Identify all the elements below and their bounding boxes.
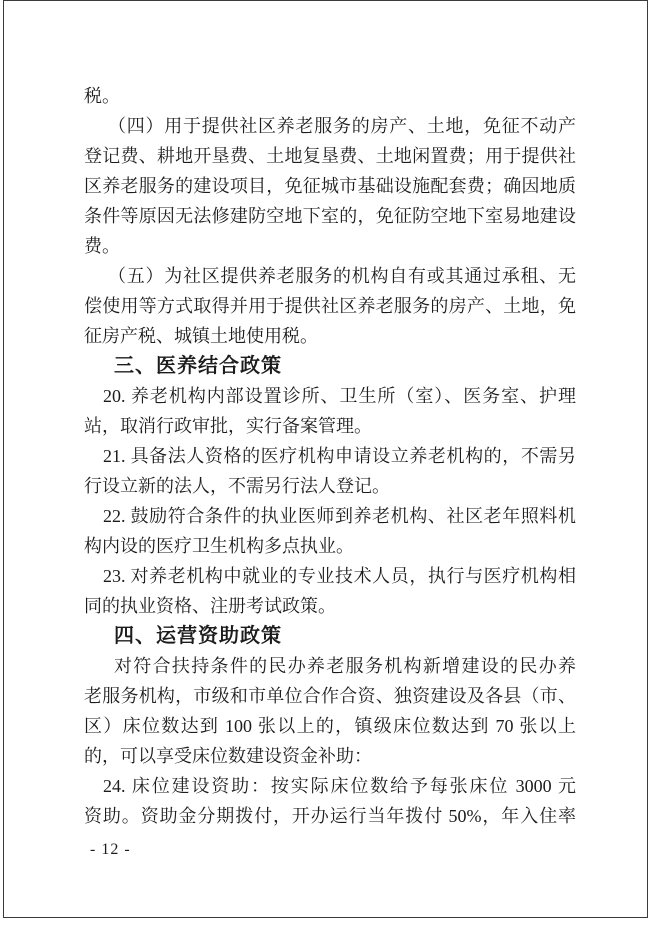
text-line: 费。 bbox=[84, 231, 576, 261]
text-line: （五）为社区提供养老服务的机构自有或其通过承租、无 bbox=[84, 261, 576, 291]
paragraph: 22. 鼓励符合条件的执业医师到养老机构、社区老年照料机构内设的医疗卫生机构多点… bbox=[84, 501, 576, 561]
text-line: 21. 具备法人资格的医疗机构申请设立养老机构的，不需另 bbox=[84, 441, 576, 471]
paragraph: 21. 具备法人资格的医疗机构申请设立养老机构的，不需另行设立新的法人，不需另行… bbox=[84, 441, 576, 501]
text-line: 对符合扶持条件的民办养老服务机构新增建设的民办养 bbox=[84, 651, 576, 681]
text-line: 条件等原因无法修建防空地下室的，免征防空地下室易地建设 bbox=[84, 201, 576, 231]
paragraph: （五）为社区提供养老服务的机构自有或其通过承租、无偿使用等方式取得并用于提供社区… bbox=[84, 261, 576, 351]
text-line: （四）用于提供社区养老服务的房产、土地，免征不动产 bbox=[84, 111, 576, 141]
text-line: 的，可以享受床位数建设资金补助： bbox=[84, 741, 576, 771]
text-line: 行设立新的法人，不需另行法人登记。 bbox=[84, 471, 576, 501]
page-number: - 12 - bbox=[90, 841, 131, 859]
paragraph: 23. 对养老机构中就业的专业技术人员，执行与医疗机构相同的执业资格、注册考试政… bbox=[84, 561, 576, 621]
text-line: 税。 bbox=[84, 81, 576, 111]
paragraph: 20. 养老机构内部设置诊所、卫生所（室）、医务室、护理站，取消行政审批，实行备… bbox=[84, 381, 576, 441]
heading-line: 四、运营资助政策 bbox=[84, 621, 576, 651]
text-line: 区）床位数达到 100 张以上的，镇级床位数达到 70 张以上 bbox=[84, 711, 576, 741]
paragraph: 对符合扶持条件的民办养老服务机构新增建设的民办养老服务机构，市级和市单位合作合资… bbox=[84, 651, 576, 771]
text-line: 登记费、耕地开垦费、土地复垦费、土地闲置费；用于提供社 bbox=[84, 141, 576, 171]
text-line: 资助。资助金分期拨付，开办运行当年拨付 50%，年入住率 bbox=[84, 801, 576, 831]
text-line: 偿使用等方式取得并用于提供社区养老服务的房产、土地，免 bbox=[84, 291, 576, 321]
text-line: 征房产税、城镇土地使用税。 bbox=[84, 321, 576, 351]
document-page: 税。（四）用于提供社区养老服务的房产、土地，免征不动产登记费、耕地开垦费、土地复… bbox=[3, 0, 648, 918]
document-body: 税。（四）用于提供社区养老服务的房产、土地，免征不动产登记费、耕地开垦费、土地复… bbox=[84, 81, 576, 831]
text-line: 同的执业资格、注册考试政策。 bbox=[84, 591, 576, 621]
paragraph: （四）用于提供社区养老服务的房产、土地，免征不动产登记费、耕地开垦费、土地复垦费… bbox=[84, 111, 576, 261]
text-line: 24. 床位建设资助：按实际床位数给予每张床位 3000 元 bbox=[84, 771, 576, 801]
text-line: 老服务机构，市级和市单位合作合资、独资建设及各县（市、 bbox=[84, 681, 576, 711]
paragraph: 24. 床位建设资助：按实际床位数给予每张床位 3000 元资助。资助金分期拨付… bbox=[84, 771, 576, 831]
paragraph: 税。 bbox=[84, 81, 576, 111]
text-line: 站，取消行政审批，实行备案管理。 bbox=[84, 411, 576, 441]
section-heading: 三、医养结合政策 bbox=[84, 351, 576, 381]
text-line: 构内设的医疗卫生机构多点执业。 bbox=[84, 531, 576, 561]
heading-line: 三、医养结合政策 bbox=[84, 351, 576, 381]
section-heading: 四、运营资助政策 bbox=[84, 621, 576, 651]
text-line: 23. 对养老机构中就业的专业技术人员，执行与医疗机构相 bbox=[84, 561, 576, 591]
text-line: 22. 鼓励符合条件的执业医师到养老机构、社区老年照料机 bbox=[84, 501, 576, 531]
text-line: 区养老服务的建设项目，免征城市基础设施配套费；确因地质 bbox=[84, 171, 576, 201]
text-line: 20. 养老机构内部设置诊所、卫生所（室）、医务室、护理 bbox=[84, 381, 576, 411]
